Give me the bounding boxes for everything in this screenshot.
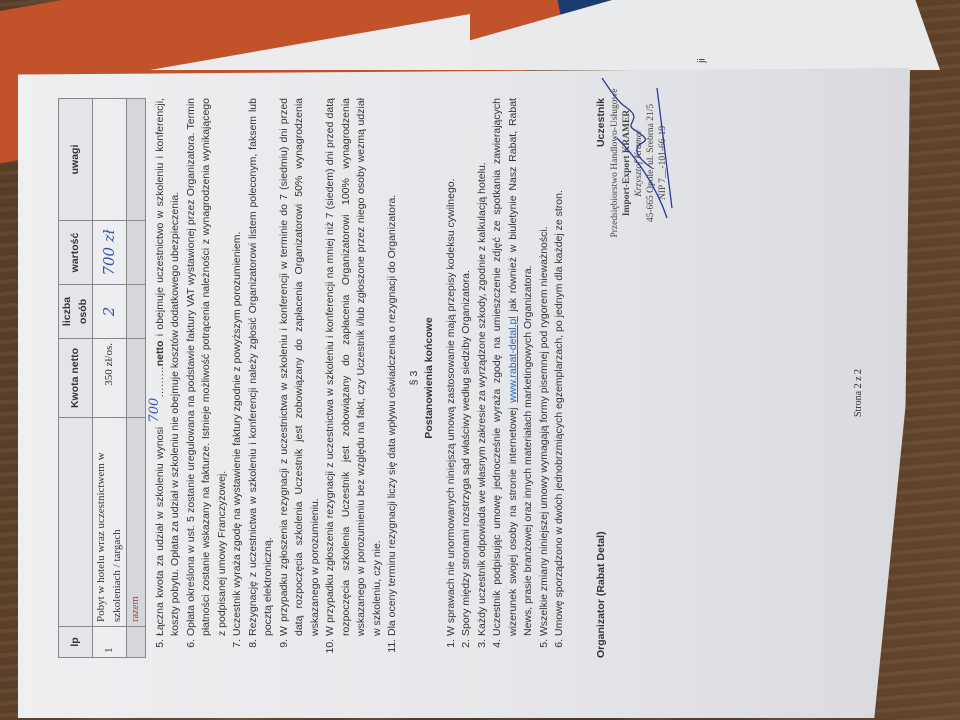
clauses-list-part2: Łączna kwota za udział w szkoleniu wynos…: [152, 98, 401, 658]
cost-table-header: lp Kwota netto liczba osób wartość uwagi: [59, 99, 93, 658]
table-row: 1 Pobyt w hotelu wraz uczestnictwem w sz…: [93, 99, 127, 658]
final-clause-2: Spory między stronami rozstrzyga sąd wła…: [459, 98, 475, 636]
col-lp: lp: [59, 627, 93, 658]
final-clause-6: Umowę sporządzono w dwóch jednobrzmiącyc…: [552, 98, 568, 636]
clause-6: Opłata określona w ust. 5 zostanie uregu…: [184, 98, 231, 636]
clauses-list-part3: W sprawach nie unormowanych niniejszą um…: [444, 98, 568, 658]
clause-7: Uczestnik wyraża zgodę na wystawienie fa…: [230, 98, 246, 636]
section-title: Postanowienia końcowe: [422, 98, 438, 658]
cell-lp: 1: [93, 627, 127, 658]
col-description: [59, 418, 93, 627]
final-clause-1: W sprawach nie unormowanych niniejszą um…: [444, 98, 460, 636]
clause-10: W przypadku zgłoszenia rezygnacji z ucze…: [323, 98, 385, 636]
contract-page: lp Kwota netto liczba osób wartość uwagi…: [18, 68, 910, 718]
cost-table: lp Kwota netto liczba osób wartość uwagi…: [58, 98, 146, 658]
cell-people: 2: [93, 285, 127, 339]
website-link[interactable]: www.rabat-detal.pl: [507, 316, 519, 402]
cell-value: 700 zł: [93, 221, 127, 285]
clause-8: Rezygnację z uczestnictwa w szkoleniu i …: [246, 98, 277, 636]
handwritten-signature: [597, 68, 677, 228]
final-clause-5: Wszelkie zmiany niniejszej umowy wymagaj…: [537, 98, 553, 636]
page-number: Strona 2 z 2: [853, 68, 864, 718]
cell-amount: 350 zł/os.: [93, 339, 127, 418]
total-label: razem: [127, 418, 146, 627]
total-row: razem: [127, 99, 146, 658]
final-clause-3: Każdy uczestnik odpowiada we własnym zak…: [475, 98, 491, 636]
col-notes: uwagi: [59, 99, 93, 221]
handwritten-amount: 700: [147, 398, 162, 423]
section-number: § 3: [407, 98, 423, 658]
cell-notes: [93, 99, 127, 221]
col-people: liczba osób: [59, 285, 93, 339]
clause-11: Dla oceny terminu rezygnacji liczy się d…: [385, 98, 401, 636]
cell-description: Pobyt w hotelu wraz uczestnictwem w szko…: [93, 418, 127, 627]
organizer-label: Organizator (Rabat Detal): [594, 531, 610, 658]
final-clause-4: Uczestnik podpisując umowę jednocześnie …: [490, 98, 537, 636]
background-sheet-text: ji: [697, 58, 708, 62]
col-amount: Kwota netto: [59, 339, 93, 418]
clause-9: W przypadku zgłoszenia rezygnacji z ucze…: [277, 98, 324, 636]
clause-5: Łączna kwota za udział w szkoleniu wynos…: [152, 98, 184, 636]
col-value: wartość: [59, 221, 93, 285]
